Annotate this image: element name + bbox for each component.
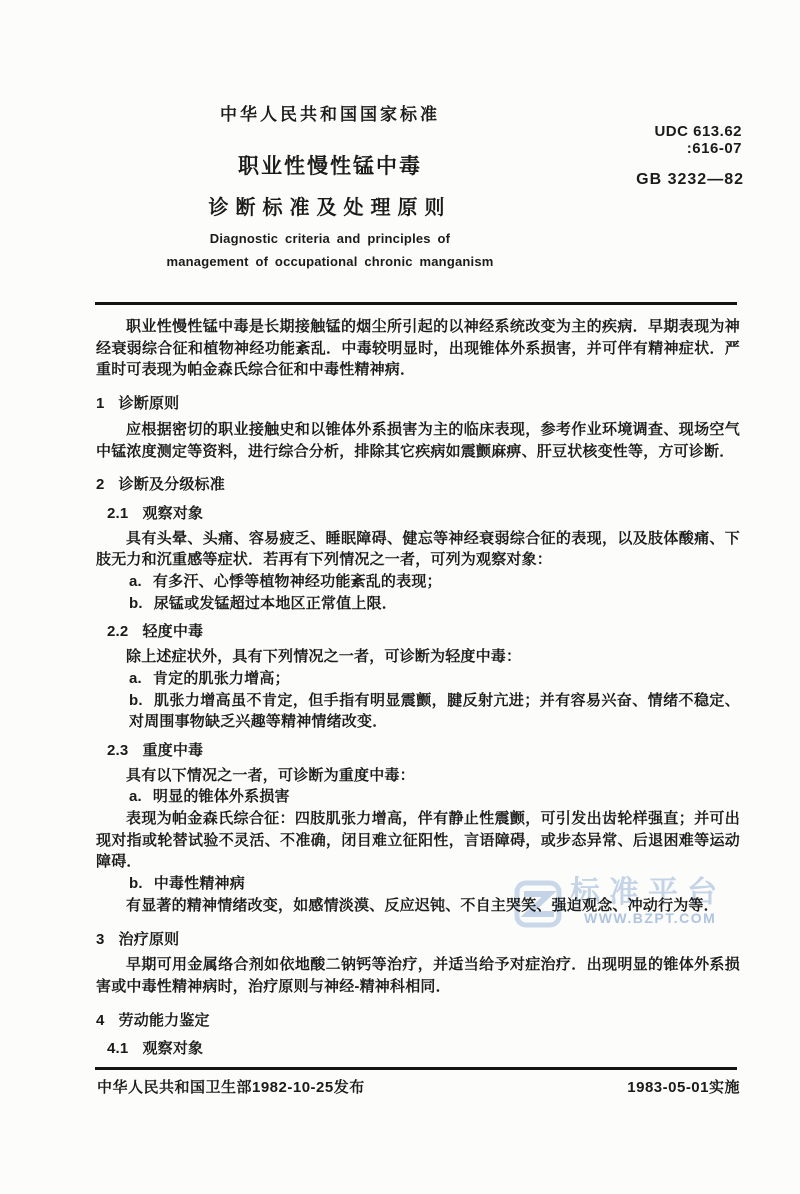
section-1-paragraph: 应根据密切的职业接触史和以锥体外系损害为主的临床表现，参考作业环境调查、现场空气… bbox=[96, 419, 740, 462]
footer-divider-rule bbox=[95, 1067, 737, 1070]
section-2-2-item-b: b.肌张力增高虽不肯定，但手指有明显震颤，腱反射亢进；并有容易兴奋、情绪不稳定、… bbox=[96, 690, 740, 733]
document-body: 职业性慢性锰中毒是长期接触锰的烟尘所引起的以神经系统改变为主的疾病．早期表现为神… bbox=[96, 308, 740, 1063]
section-2-3-item-b: b.中毒性精神病 bbox=[96, 873, 740, 895]
udc-classification: UDC 613.62 :616-07 bbox=[654, 123, 742, 157]
section-4-1-heading: 4.1观察对象 bbox=[96, 1038, 740, 1060]
document-title-english-line2: management of occupational chronic manga… bbox=[95, 254, 565, 269]
section-2-1-heading: 2.1观察对象 bbox=[96, 503, 740, 525]
header-divider-rule bbox=[95, 302, 737, 305]
section-2-3-item-b-detail: 有显著的精神情绪改变，如感情淡漠、反应迟钝、不自主哭笑、强迫观念、冲动行为等． bbox=[96, 895, 740, 917]
section-2-1-paragraph: 具有头晕、头痛、容易疲乏、睡眠障碍、健忘等神经衰弱综合征的表现，以及肢体酸痛、下… bbox=[96, 528, 740, 571]
udc-line2: :616-07 bbox=[654, 140, 742, 157]
section-2-1-item-b: b.尿锰或发锰超过本地区正常值上限． bbox=[96, 593, 740, 615]
section-2-3-heading: 2.3重度中毒 bbox=[96, 740, 740, 762]
intro-paragraph: 职业性慢性锰中毒是长期接触锰的烟尘所引起的以神经系统改变为主的疾病．早期表现为神… bbox=[96, 316, 740, 381]
section-2-3-item-a: a.明显的锥体外系损害 bbox=[96, 786, 740, 808]
document-page: 中华人民共和国国家标准 UDC 613.62 :616-07 GB 3232—8… bbox=[0, 0, 800, 1194]
section-2-1-item-a: a.有多汗、心悸等植物神经功能紊乱的表现； bbox=[96, 571, 740, 593]
section-2-3-paragraph: 具有以下情况之一者，可诊断为重度中毒： bbox=[96, 765, 740, 787]
document-title-english-line1: Diagnostic criteria and principles of bbox=[95, 231, 565, 246]
section-1-heading: 1诊断原则 bbox=[96, 393, 740, 415]
section-3-paragraph: 早期可用金属络合剂如依地酸二钠钙等治疗，并适当给予对症治疗．出现明显的锥体外系损… bbox=[96, 954, 740, 997]
section-4-heading: 4劳动能力鉴定 bbox=[96, 1010, 740, 1032]
section-2-3-item-a-detail: 表现为帕金森氏综合征：四肢肌张力增高，伴有静止性震颤，可引发出齿轮样强直；并可出… bbox=[96, 808, 740, 873]
document-title-line2: 诊断标准及处理原则 bbox=[95, 191, 565, 220]
section-2-2-paragraph: 除上述症状外，具有下列情况之一者，可诊断为轻度中毒： bbox=[96, 646, 740, 668]
udc-line1: UDC 613.62 bbox=[654, 123, 742, 140]
section-3-heading: 3治疗原则 bbox=[96, 929, 740, 951]
footer-issue-info: 中华人民共和国卫生部1982-10-25发布 bbox=[97, 1076, 365, 1097]
standard-number: GB 3232—82 bbox=[636, 171, 744, 189]
footer-effective-date: 1983-05-01实施 bbox=[627, 1076, 740, 1097]
standard-label: 中华人民共和国国家标准 bbox=[95, 100, 565, 125]
section-2-heading: 2诊断及分级标准 bbox=[96, 474, 740, 496]
section-2-2-item-a: a.肯定的肌张力增高； bbox=[96, 668, 740, 690]
section-2-2-heading: 2.2轻度中毒 bbox=[96, 621, 740, 643]
document-title-line1: 职业性慢性锰中毒 bbox=[95, 150, 565, 180]
